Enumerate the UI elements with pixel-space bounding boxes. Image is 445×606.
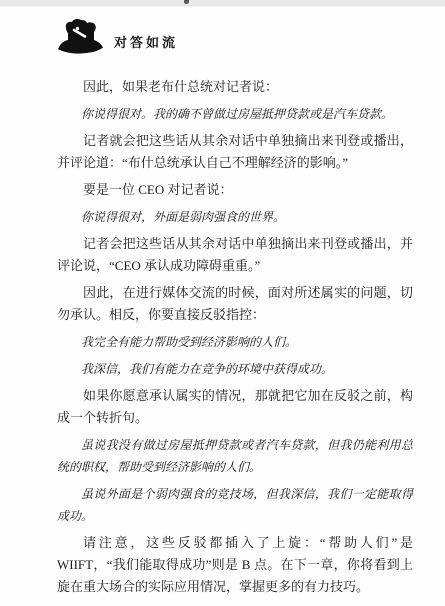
paragraph-quote: 虽说我没有做过房屋抵押贷款或者汽车贷款，但我仍能利用总统的职权，帮助受到经济影响… (57, 434, 413, 478)
book-title: 对答如流 (114, 32, 178, 54)
paragraph-narration: 记者会把这些话从其余对话中单独摘出来刊登或播出，并评论说，“CEO 承认成功障碍… (57, 233, 413, 277)
ink-stamp-figure-icon (58, 18, 104, 54)
paragraph-quote: 我完全有能力帮助受到经济影响的人们。 (57, 331, 413, 353)
paragraph-narration: 因此，如果老布什总统对记者说： (57, 76, 413, 98)
paragraph-narration: 请注意，这些反驳都插入了上旋：“帮助人们”是 WIIFT，“我们能取得成功”则是… (57, 532, 413, 598)
paragraph-quote: 你说得很对。我的确不曾做过房屋抵押贷款或是汽车贷款。 (57, 103, 413, 125)
paragraph-narration: 记者就会把这些话从其余对话中单独摘出来刊登或播出，并评论道：“布什总统承认自己不… (57, 130, 413, 174)
paragraph-narration: 因此，在进行媒体交流的时候，面对所述属实的问题，切勿承认。相反，你要直接反驳指控… (57, 282, 413, 326)
paragraph-quote: 我深信，我们有能力在竞争的环境中获得成功。 (57, 358, 413, 380)
paragraph-quote: 你说得很对，外面是弱肉强食的世界。 (57, 206, 413, 228)
page-top-edge (0, 0, 445, 7)
scan-artifact (184, 0, 189, 4)
paragraph-narration: 要是一位 CEO 对记者说： (57, 179, 413, 201)
paragraph-quote: 虽说外面是个弱肉强食的竞技场，但我深信，我们一定能取得成功。 (57, 483, 413, 527)
book-page: 对答如流 因此，如果老布什总统对记者说： 你说得很对。我的确不曾做过房屋抵押贷款… (0, 0, 445, 606)
chapter-header: 对答如流 (58, 18, 178, 54)
paragraph-narration: 如果你愿意承认属实的情况，那就把它加在反驳之前，构成一个转折句。 (57, 385, 413, 429)
page-body: 因此，如果老布什总统对记者说： 你说得很对。我的确不曾做过房屋抵押贷款或是汽车贷… (57, 76, 413, 603)
